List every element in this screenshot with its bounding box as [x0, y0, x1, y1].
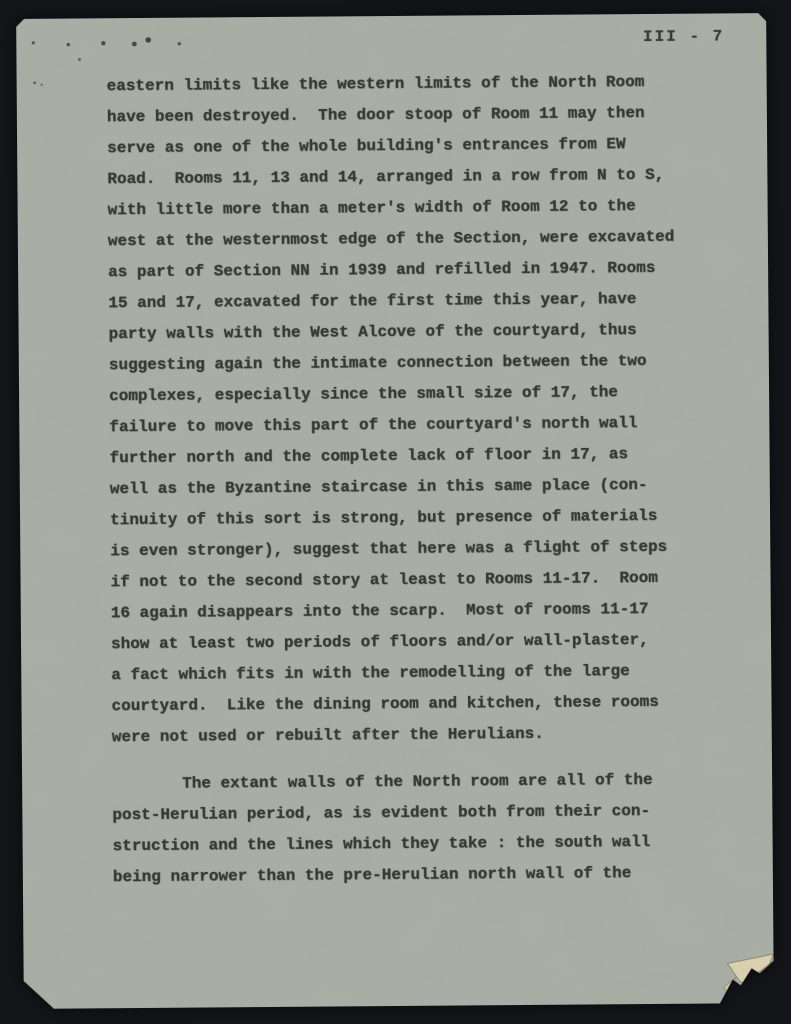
text-line: with little more than a meter's width of… [108, 191, 708, 227]
text-line: further north and the complete lack of f… [109, 439, 709, 475]
text-line: struction and the lines which they take … [113, 827, 713, 863]
text-line: west at the westernmost edge of the Sect… [108, 222, 708, 258]
text-line: show at least two periods of floors and/… [111, 625, 711, 661]
text-line: if not to the second story at least to R… [110, 563, 710, 599]
text-line: The extant walls of the North room are a… [112, 765, 712, 801]
text-line: a fact which fits in with the remodellin… [111, 656, 711, 692]
text-line: courtyard. Like the dining room and kitc… [111, 687, 711, 723]
text-line: Road. Rooms 11, 13 and 14, arranged in a… [107, 160, 707, 196]
text-line: party walls with the West Alcove of the … [108, 315, 708, 351]
paragraph-1: eastern limits like the western limits o… [107, 67, 712, 754]
text-line: post-Herulian period, as is evident both… [112, 796, 712, 832]
text-line: complexes, especially since the small si… [109, 377, 709, 413]
text-line: have been destroyed. The door stoop of R… [107, 98, 707, 134]
typewritten-text: eastern limits like the western limits o… [107, 67, 713, 894]
text-line: 15 and 17, excavated for the first time … [108, 284, 708, 320]
page-number: III - 7 [643, 27, 724, 46]
torn-corner [719, 954, 773, 1003]
text-line: failure to move this part of the courtya… [109, 408, 709, 444]
paper-sheet: III - 7 eastern limits like the western … [16, 13, 774, 1009]
text-line: were not used or rebuilt after the Herul… [112, 718, 712, 754]
text-line: serve as one of the whole building's ent… [107, 129, 707, 165]
text-line: as part of Section NN in 1939 and refill… [108, 253, 708, 289]
text-line: is even stronger), suggest that here was… [110, 532, 710, 568]
document-page: III - 7 eastern limits like the western … [16, 13, 774, 1009]
scan-background: { "page": { "page_number": "III - 7", "p… [0, 0, 791, 1024]
text-line: well as the Byzantine staircase in this … [110, 470, 710, 506]
text-line: 16 again disappears into the scarp. Most… [111, 594, 711, 630]
text-line: suggesting again the intimate connection… [109, 346, 709, 382]
text-line: being narrower than the pre-Herulian nor… [113, 858, 713, 894]
text-line: eastern limits like the western limits o… [107, 67, 707, 103]
paragraph-2: The extant walls of the North room are a… [112, 765, 713, 894]
text-line: tinuity of this sort is strong, but pres… [110, 501, 710, 537]
